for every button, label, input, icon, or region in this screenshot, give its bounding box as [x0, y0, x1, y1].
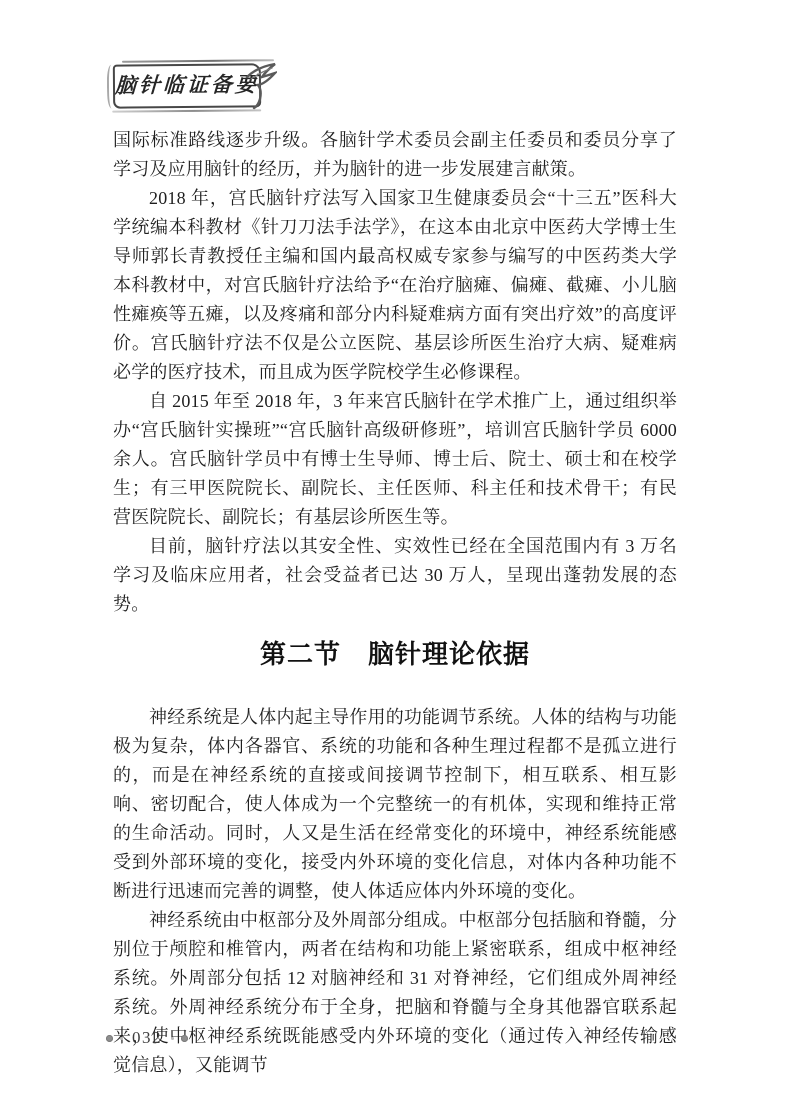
section-heading: 第二节 脑针理论依据: [113, 638, 677, 670]
paragraph: 目前，脑针疗法以其安全性、实效性已经在全国范围内有 3 万名学习及临床应用者，社…: [113, 532, 677, 619]
footer-dot-ornament-left: [120, 1037, 123, 1040]
book-page: 脑针临证备要 国际标准路线逐步升级。各脑针学术委员会副主任委员和委员分享了学习及…: [0, 0, 790, 1109]
paragraph: 国际标准路线逐步升级。各脑针学术委员会副主任委员和委员分享了学习及应用脑针的经历…: [113, 126, 677, 184]
footer-dot-ornament-right: [171, 1037, 174, 1040]
book-header-logo: 脑针临证备要: [104, 56, 279, 112]
paragraph: 神经系统是人体内起主导作用的功能调节系统。人体的结构与功能极为复杂，体内各器官、…: [113, 703, 677, 906]
page-number: 032: [132, 1028, 162, 1048]
brush-flourish-icon: [245, 62, 277, 110]
book-title-logo-text: 脑针临证备要: [114, 65, 260, 104]
page-footer: 032: [106, 1028, 188, 1048]
paragraph: 自 2015 年至 2018 年，3 年来宫氏脑针在学术推广上，通过组织举办“宫…: [113, 387, 677, 532]
paragraph: 2018 年，宫氏脑针疗法写入国家卫生健康委员会“十三五”医科大学统编本科教材《…: [113, 184, 677, 387]
footer-circle-ornament-right: [181, 1035, 188, 1042]
logo-frame: 脑针临证备要: [113, 63, 261, 108]
page-content: 国际标准路线逐步升级。各脑针学术委员会副主任委员和委员分享了学习及应用脑针的经历…: [113, 126, 677, 1080]
paragraph: 神经系统由中枢部分及外周部分组成。中枢部分包括脑和脊髓，分别位于颅腔和椎管内，两…: [113, 906, 677, 1080]
footer-circle-ornament-left: [106, 1035, 113, 1042]
